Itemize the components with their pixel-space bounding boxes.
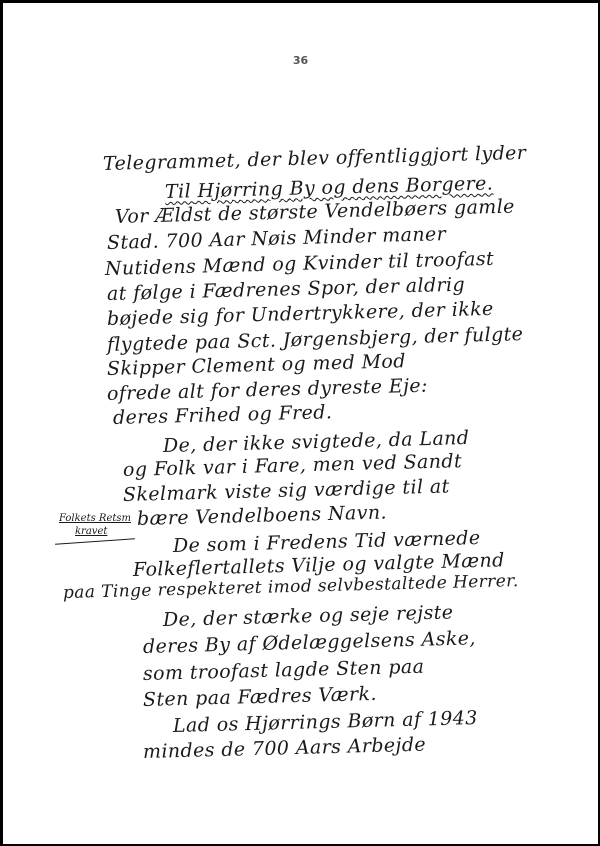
margin-note-line-1: Folkets Retsm xyxy=(59,513,131,524)
letter-line-14: Skelmark viste sig værdige til at xyxy=(123,475,450,506)
letter-line-21: som troofast lagde Sten paa xyxy=(143,656,425,685)
letter-line-10: ofrede alt for deres dyreste Eje: xyxy=(107,375,428,405)
margin-note-line-2: kravet xyxy=(75,526,107,537)
letter-line-20: deres By af Ødelæggelsens Aske, xyxy=(143,627,476,658)
document-page: 36 Telegrammet, der blev offentliggjort … xyxy=(3,3,598,844)
letter-line-24: mindes de 700 Aars Arbejde xyxy=(143,734,427,763)
page-number: 36 xyxy=(3,54,598,67)
letter-line-19: De, der stærke og seje rejste xyxy=(163,601,454,631)
margin-note-divider xyxy=(55,538,135,545)
letter-line-23: Lad os Hjørrings Børn af 1943 xyxy=(173,707,478,737)
letter-line-1: Telegrammet, der blev offentliggjort lyd… xyxy=(103,142,527,175)
letter-line-4: Stad. 700 Aar Nøis Minder maner xyxy=(107,223,447,254)
letter-line-15: bære Vendelboens Navn. xyxy=(137,501,387,530)
letter-line-11: deres Frihed og Fred. xyxy=(113,401,333,429)
letter-line-22: Sten paa Fædres Værk. xyxy=(143,683,377,711)
